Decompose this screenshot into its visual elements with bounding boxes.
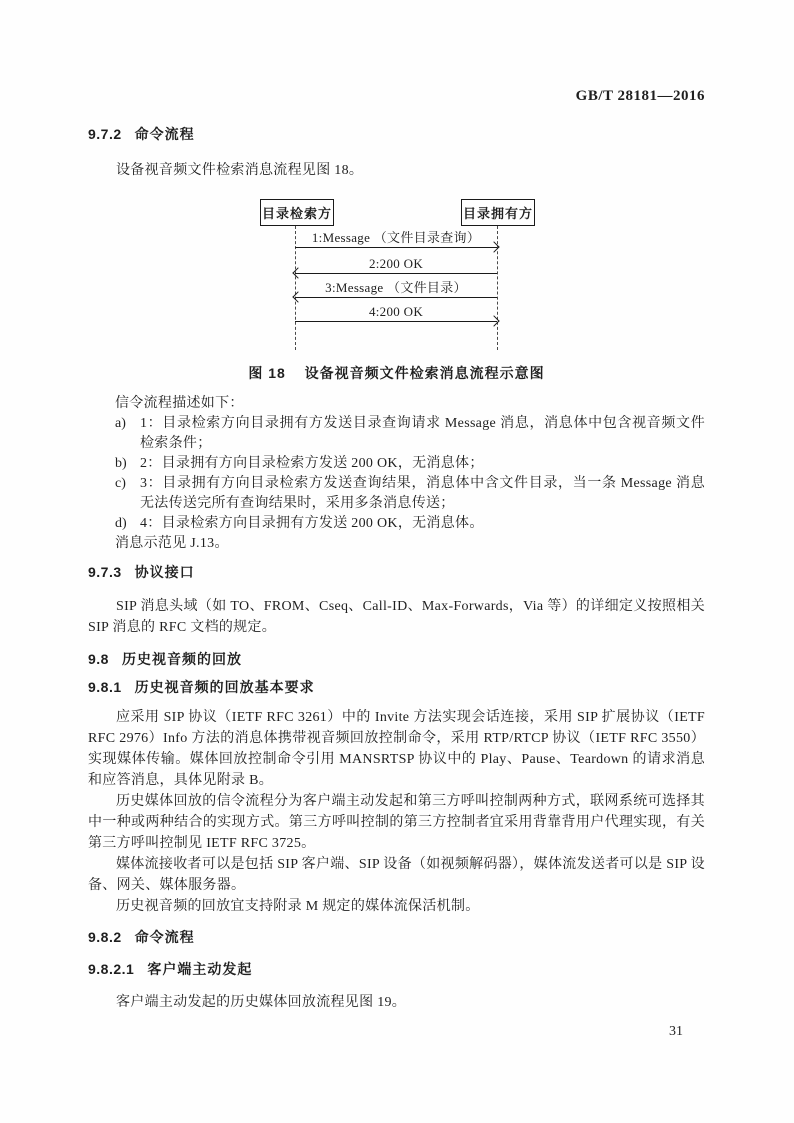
paragraph-sip-headers: SIP 消息头域（如 TO、FROM、Cseq、Call-ID、Max-Forw… [88, 596, 705, 638]
list-item-a: a) 1：目录检索方向目录拥有方发送目录查询请求 Message 消息，消息体中… [115, 414, 705, 454]
section-title: 客户端主动发起 [147, 961, 252, 977]
arrow-line [295, 273, 497, 274]
list-item-d: d) 4：目录检索方向目录拥有方发送 200 OK，无消息体。 [115, 514, 705, 534]
figure-18-sequence-diagram: 目录检索方 目录拥有方 1:Message （文件目录查询） 2:200 OK … [88, 199, 705, 352]
paragraph-playback-protocols: 应采用 SIP 协议（IETF RFC 3261）中的 Invite 方法实现会… [88, 707, 705, 791]
section-heading-9-7-2: 9.7.2 命令流程 [88, 126, 705, 142]
actor-label: 目录检索方 [262, 203, 332, 222]
figure-18-caption: 图 18 设备视音频文件检索消息流程示意图 [88, 365, 705, 381]
arrow-line [295, 321, 497, 322]
section-title: 协议接口 [135, 564, 195, 580]
paragraph-keepalive: 历史视音频的回放宜支持附录 M 规定的媒体流保活机制。 [88, 896, 705, 917]
section-title: 命令流程 [135, 126, 195, 142]
message-label: 1:Message （文件目录查询） [295, 227, 497, 246]
list-item-text: 1：目录检索方向目录拥有方发送目录查询请求 Message 消息，消息体中包含视… [140, 414, 705, 454]
signaling-list-intro: 信令流程描述如下： [115, 394, 705, 414]
figure-title: 设备视音频文件检索消息流程示意图 [305, 365, 545, 381]
list-item-letter: a) [115, 414, 140, 454]
section-number: 9.8.2.1 [88, 961, 134, 977]
section-number: 9.7.2 [88, 126, 122, 142]
list-item-c: c) 3：目录拥有方向目录检索方发送查询结果，消息体中含文件目录，当一条 Mes… [115, 474, 705, 514]
arrow-line [295, 247, 497, 248]
section-number: 9.8 [88, 651, 109, 667]
actor-box-directory-searcher: 目录检索方 [260, 199, 334, 226]
section-title: 历史视音频的回放 [122, 651, 242, 667]
paragraph-media-stream-roles: 媒体流接收者可以是包括 SIP 客户端、SIP 设备（如视频解码器），媒体流发送… [88, 854, 705, 896]
section-heading-9-8: 9.8 历史视音频的回放 [88, 651, 705, 667]
list-item-text: 4：目录检索方向目录拥有方发送 200 OK，无消息体。 [140, 514, 705, 534]
paragraph-figure18-intro: 设备视音频文件检索消息流程见图 18。 [88, 160, 705, 181]
arrow-line [295, 297, 497, 298]
page-content: GB/T 28181—2016 9.7.2 命令流程 设备视音频文件检索消息流程… [88, 88, 705, 1040]
page-number: 31 [88, 1024, 705, 1040]
section-heading-9-7-3: 9.7.3 协议接口 [88, 564, 705, 580]
section-number: 9.8.1 [88, 679, 122, 695]
section-title: 历史视音频的回放基本要求 [135, 679, 315, 695]
section-title: 命令流程 [135, 929, 195, 945]
paragraph-playback-signaling-modes: 历史媒体回放的信令流程分为客户端主动发起和第三方呼叫控制两种方式，联网系统可选择… [88, 791, 705, 854]
list-item-letter: d) [115, 514, 140, 534]
message-label: 3:Message （文件目录） [295, 277, 497, 296]
section-heading-9-8-2-1: 9.8.2.1 客户端主动发起 [88, 961, 705, 977]
actor-box-directory-owner: 目录拥有方 [461, 199, 535, 226]
standard-number-header: GB/T 28181—2016 [88, 88, 705, 104]
section-heading-9-8-1: 9.8.1 历史视音频的回放基本要求 [88, 679, 705, 695]
document-page: GB/T 28181—2016 9.7.2 命令流程 设备视音频文件检索消息流程… [0, 0, 794, 1123]
list-item-letter: c) [115, 474, 140, 514]
section-heading-9-8-2: 9.8.2 命令流程 [88, 929, 705, 945]
message-example-note: 消息示范见 J.13。 [115, 534, 705, 554]
list-item-text: 3：目录拥有方向目录检索方发送查询结果，消息体中含文件目录，当一条 Messag… [140, 474, 705, 514]
list-item-b: b) 2：目录拥有方向目录检索方发送 200 OK，无消息体； [115, 454, 705, 474]
section-number: 9.7.3 [88, 564, 122, 580]
figure-number: 图 18 [248, 365, 285, 381]
actor-label: 目录拥有方 [463, 203, 533, 222]
message-label: 2:200 OK [295, 256, 497, 272]
list-item-text: 2：目录拥有方向目录检索方发送 200 OK，无消息体； [140, 454, 705, 474]
list-item-letter: b) [115, 454, 140, 474]
message-label: 4:200 OK [295, 304, 497, 320]
paragraph-figure19-intro: 客户端主动发起的历史媒体回放流程见图 19。 [88, 992, 705, 1013]
section-number: 9.8.2 [88, 929, 122, 945]
